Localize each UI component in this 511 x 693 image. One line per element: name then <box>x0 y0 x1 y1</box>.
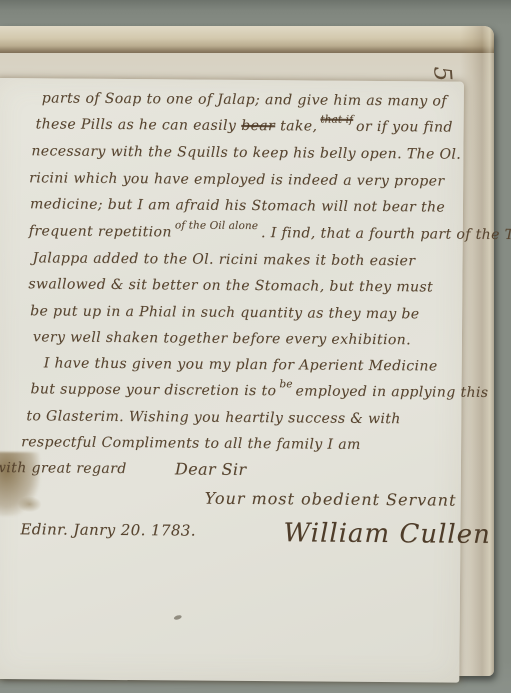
letter-line: medicine; but I am afraid his Stomach wi… <box>30 196 445 215</box>
page-edge-right <box>460 26 494 676</box>
letter-text: . I find, that a fourth part of the Tinc… <box>261 225 511 243</box>
letter-line: with great regard <box>0 460 127 477</box>
salutation: Dear Sir <box>175 459 247 479</box>
letter-line: these Pills as he can easilybeartake,tha… <box>36 116 453 135</box>
letter-line: swallowed & sit better on the Stomach, b… <box>28 276 433 295</box>
letter-line: to Glasterim. Wishing you heartily succe… <box>26 408 400 427</box>
dateline: Edinr. Janry 20. 1783. <box>20 520 196 539</box>
ink-stain-tail <box>18 496 42 512</box>
letter-line: but suppose your discretion is tobeemplo… <box>30 381 488 401</box>
letter-text: frequent repetition <box>29 223 172 240</box>
letter-text: or if you find <box>356 119 453 136</box>
letter-text: but suppose your discretion is to <box>30 381 276 399</box>
letter-text: take, <box>280 118 317 134</box>
interlinear-insertion: of the Oil alone <box>175 219 258 232</box>
interlinear-strikethrough: that if <box>320 114 353 126</box>
letter-line: frequent repetitionof the Oil alone. I f… <box>29 223 511 243</box>
photograph-backdrop: 537 parts of Soap to one of Jalap; and g… <box>0 0 511 693</box>
signature: William Cullen <box>283 518 491 550</box>
interlinear-insertion: be <box>279 378 292 390</box>
letter-line: I have thus given you my plan for Aperie… <box>44 355 438 374</box>
letter-sheet: parts of Soap to one of Jalap; and give … <box>0 78 464 683</box>
letter-line: very well shaken together before every e… <box>33 329 411 348</box>
page-stack-edge <box>0 26 494 53</box>
valediction: Your most obedient Servant <box>205 489 457 510</box>
ink-speck <box>173 614 182 620</box>
letter-line: necessary with the Squills to keep his b… <box>31 143 461 162</box>
letter-line: respectful Compliments to all the family… <box>21 434 361 453</box>
letter-line: ricini which you have employed is indeed… <box>29 170 444 189</box>
letter-line: be put up in a Phial in such quantity as… <box>30 303 419 322</box>
book-page: 537 parts of Soap to one of Jalap; and g… <box>0 26 494 676</box>
letter-text: these Pills as he can easily <box>36 116 237 134</box>
letter-line: Jalappa added to the Ol. ricini makes it… <box>33 250 416 269</box>
strikethrough-text: bear <box>241 118 275 134</box>
letter-text: employed in applying this <box>295 383 488 401</box>
letter-line: parts of Soap to one of Jalap; and give … <box>42 90 447 109</box>
